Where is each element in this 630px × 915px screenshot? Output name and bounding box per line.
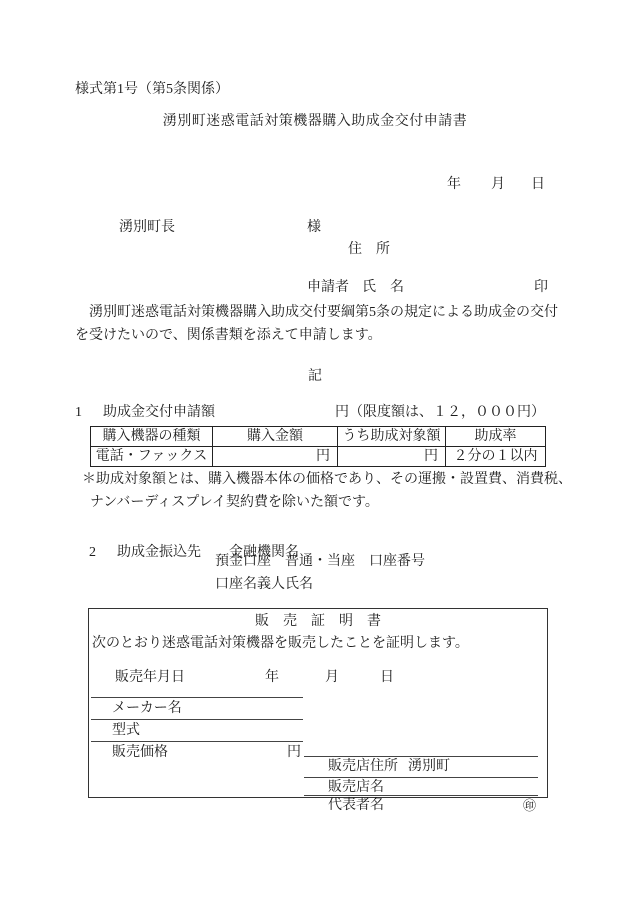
seal-mark-icon: ㊞ [523,796,538,816]
account-type-line: 預金口座 普通・当座 口座番号 [215,554,425,569]
certificate-title: 販 売 証 明 書 [89,614,547,629]
body-paragraph-line-2: を受けたいので、関係書類を添えて申請します。 [75,328,382,343]
header-subsidy-target-amount: うち助成対象額 [338,427,446,447]
subsidy-note-line-1: ＊助成対象額とは、購入機器本体の価格であり、その運搬・設置費、消費税、 [82,472,572,487]
cell-device-type: 電話・ファックス [91,447,213,467]
addressee-name: 湧別町長 [119,220,307,235]
applicant-name-label: 氏 名 [362,280,404,295]
addressee-honorific: 様 [307,220,321,235]
store-name-field: 販売店名 [304,758,538,778]
header-purchase-amount: 購入金額 [213,427,338,447]
cell-subsidy-rate: ２分の１以内 [446,447,546,467]
account-holder-line: 口座名義人氏名 [215,577,313,592]
applicant-name-line: 申請者氏 名印 [293,265,548,310]
sale-price-label: 販売価格 [112,745,168,760]
section2-label: 助成金振込先 [117,545,229,560]
sale-date-day-label: 日 [380,670,394,685]
form-number: 様式第1号（第5条関係） [75,82,229,97]
cell-purchase-amount-unit: 円 [213,447,338,467]
certificate-statement: 次のとおり迷惑電話対策機器を販売したことを証明します。 [92,636,469,651]
section1-limit-note: 円（限度額は、１２，０００円） [335,405,545,420]
applicant-address-label: 住 所 [348,242,390,257]
maker-name-field: メーカー名 [91,677,303,698]
store-address-field: 販売店住所湧別町 [304,737,538,757]
date-month-label: 月 [491,177,505,192]
section1-label: 助成金交付申請額 [103,405,215,420]
applicant-role-label: 申請者 [307,280,349,295]
representative-field: 代表者名㊞ [304,776,538,796]
date-line: 年月日 [0,162,545,207]
sales-certificate-box: 販 売 証 明 書 次のとおり迷惑電話対策機器を販売したことを証明します。 販売… [88,608,548,798]
sale-date-month-label: 月 [325,670,339,685]
date-year-label: 年 [447,177,461,192]
model-field: 型式 [91,699,303,720]
sale-price-unit: 円 [287,742,303,763]
section1-number: 1 [75,405,103,420]
section1-heading: 1助成金交付申請額円（限度額は、１２，０００円） [75,405,545,420]
page-title: 湧別町迷惑電話対策機器購入助成金交付申請書 [0,114,630,129]
date-day-label: 日 [531,177,545,192]
applicant-seal-label: 印 [534,280,548,295]
addressee-line: 湧別町長様 [105,205,321,250]
cell-subsidy-amount-unit: 円 [338,447,446,467]
sale-price-field: 販売価格円 [91,721,303,742]
table-header-row: 購入機器の種類 購入金額 うち助成対象額 助成率 [91,427,546,447]
spacer [215,405,335,420]
representative-label: 代表者名 [328,798,384,813]
subsidy-note-line-2: ナンバーディスプレイ契約費を除いた額です。 [90,495,379,510]
table-data-row: 電話・ファックス 円 円 ２分の１以内 [91,447,546,467]
section2-number: 2 [89,545,117,560]
header-subsidy-rate: 助成率 [446,427,546,447]
header-device-type: 購入機器の種類 [91,427,213,447]
record-marker: 記 [0,369,630,384]
application-form-page: 様式第1号（第5条関係） 湧別町迷惑電話対策機器購入助成金交付申請書 年月日 湧… [0,0,630,915]
body-paragraph-line-1: 湧別町迷惑電話対策機器購入助成交付要綱第5条の規定による助成金の交付 [75,305,558,320]
purchase-table: 購入機器の種類 購入金額 うち助成対象額 助成率 電話・ファックス 円 円 ２分… [90,426,546,467]
